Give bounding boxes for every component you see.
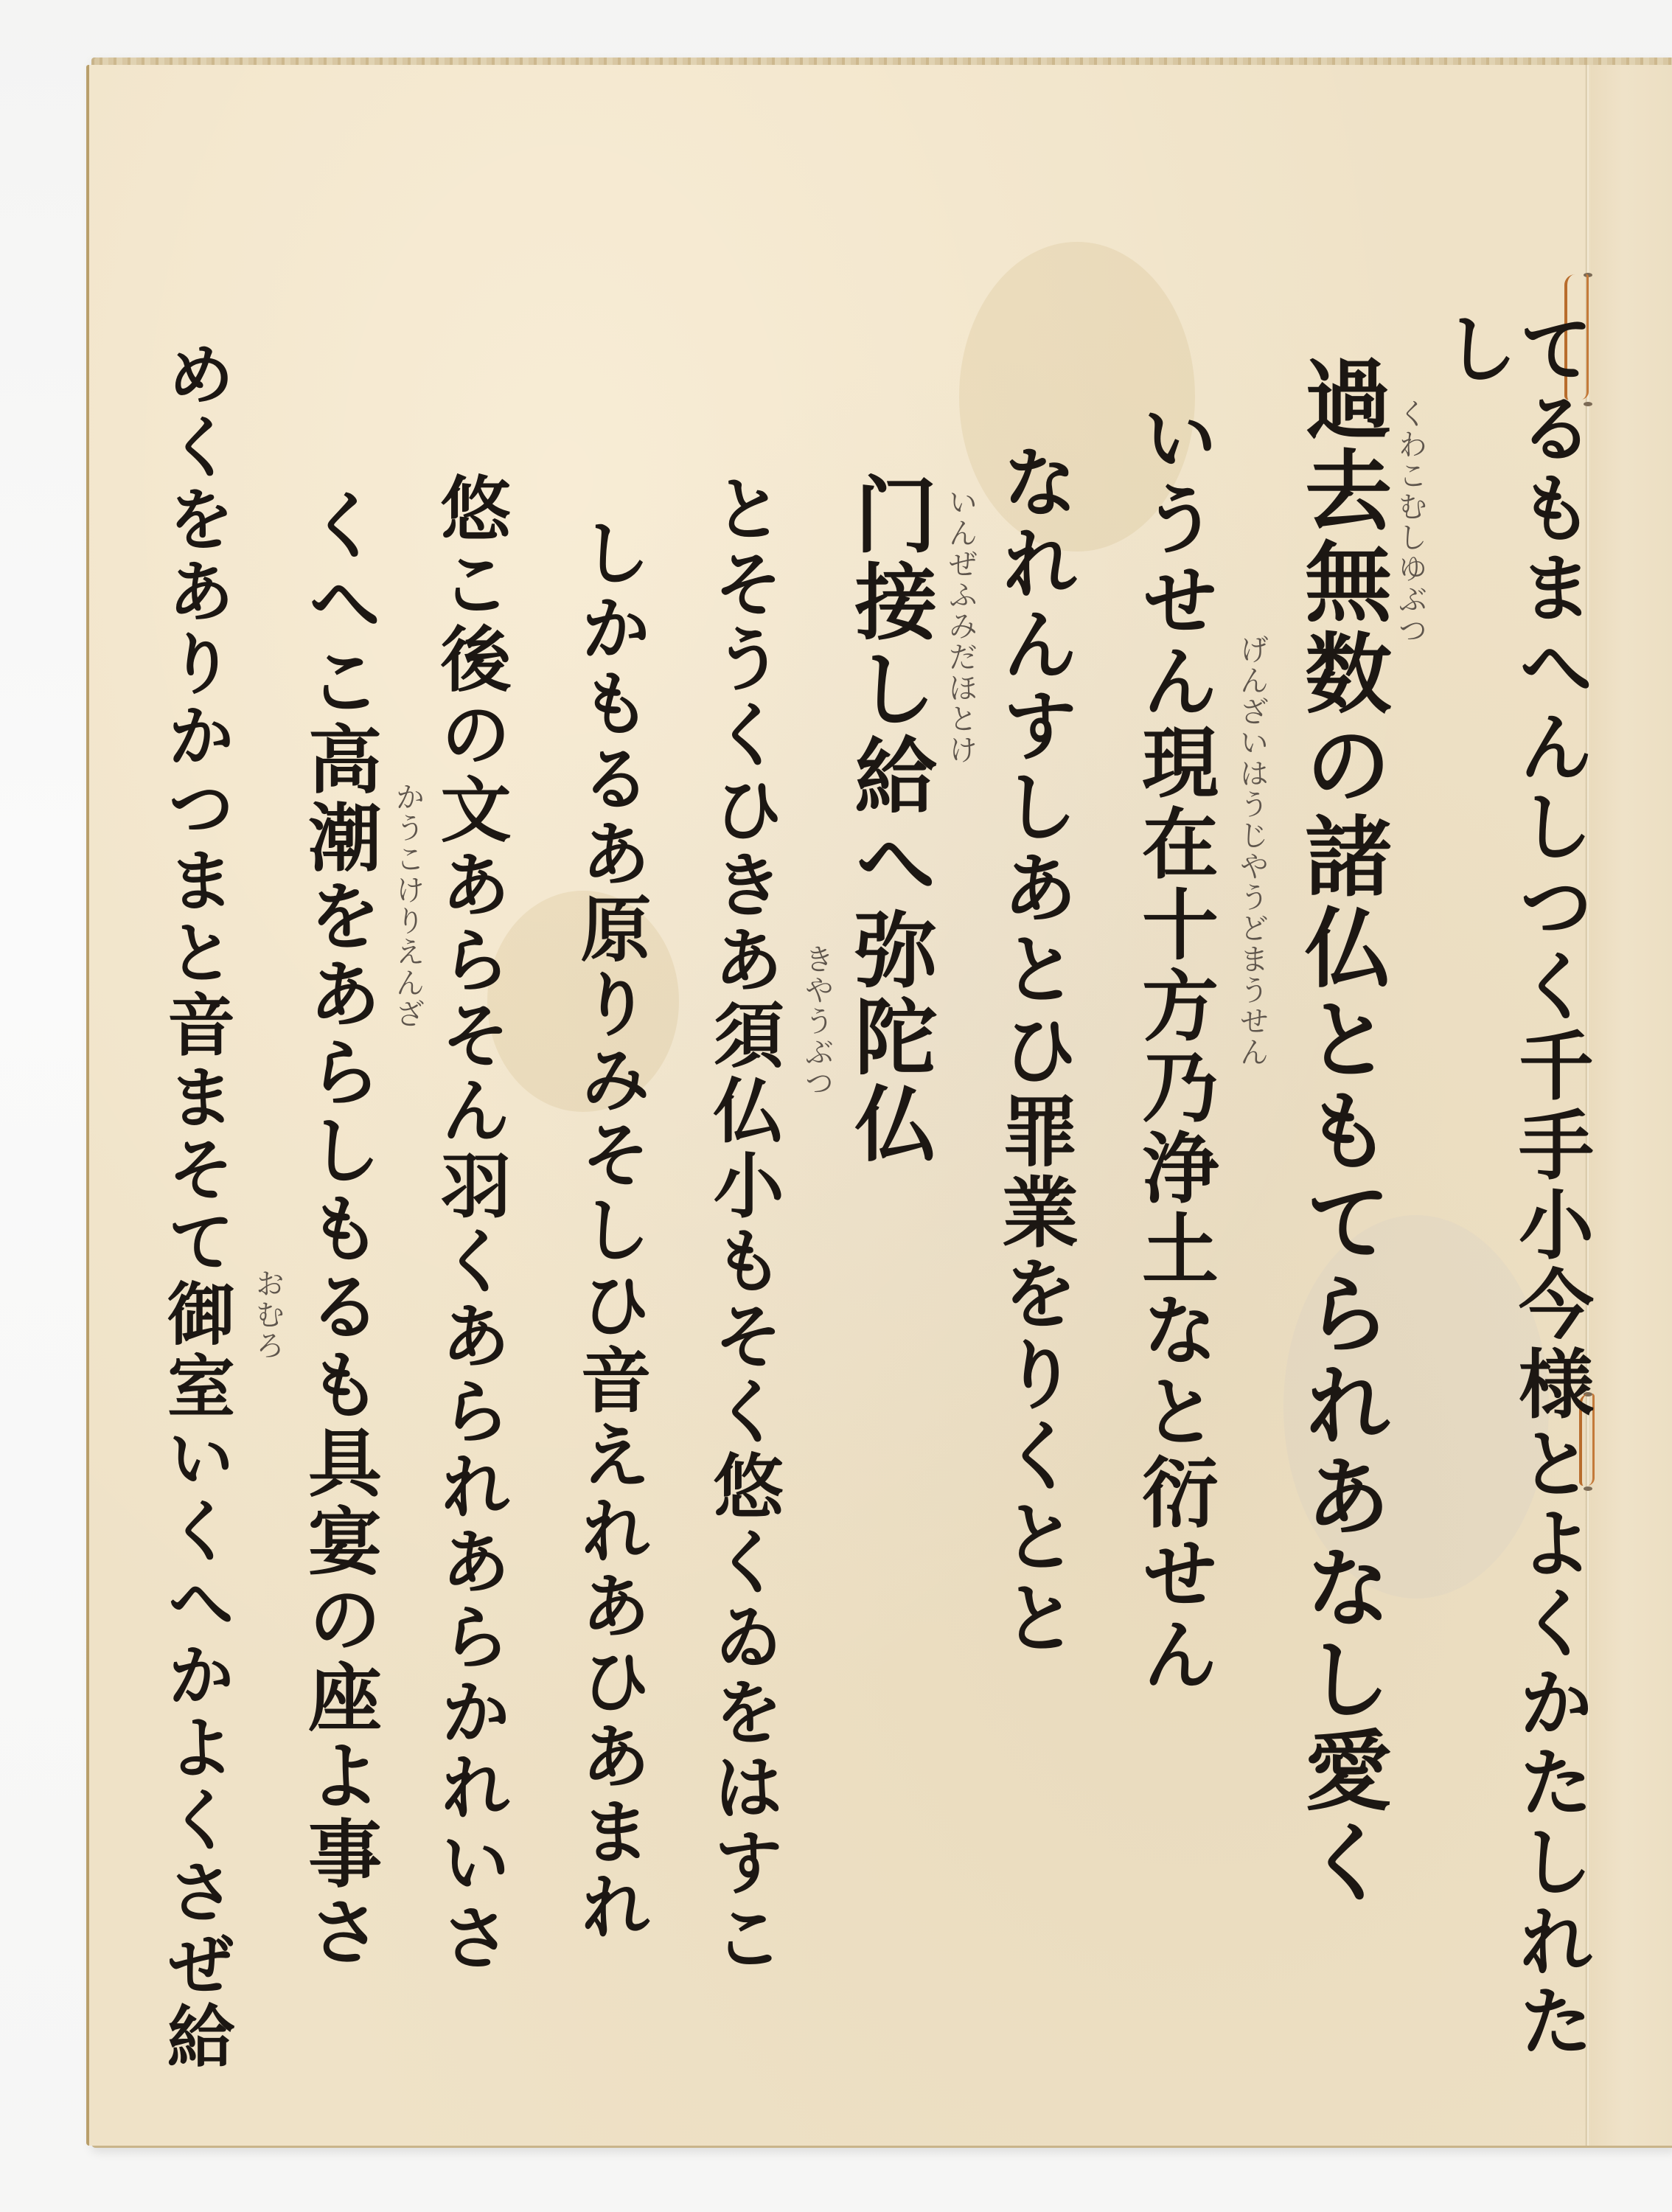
furigana: けり [391,874,425,936]
furigana: まうせん [1235,944,1269,1068]
text-column-5: 门接し給へ弥陀仏 [848,472,930,1168]
furigana: だ [944,641,978,672]
text-column-7: しかもるあ原りみそしひ音えれあひあまれ [575,516,646,1945]
text-column-4: なれんすしあとひ罪業をりくとと [995,442,1072,1659]
furigana: ぶつ [1393,584,1427,646]
furigana: み [944,611,978,641]
furigana: かうこ [391,782,425,874]
furigana: くわ [1393,398,1427,460]
furigana: じやう [1235,820,1269,913]
furigana: げん [1235,634,1269,696]
furigana: むろ [251,1299,285,1361]
manuscript-text: てるもまへんしつく千手小今様とよくかたしれたし 過去無数の諸仏ともてられあなし愛… [221,310,1541,2094]
furigana: えん [391,936,425,998]
furigana: む [1393,491,1427,522]
page-edges-top [94,58,1672,65]
furigana: はう [1235,758,1269,820]
furigana-column-6: きやうぶつ [796,944,838,1099]
furigana-column-5: いんぜふみだほとけ [940,487,982,765]
text-column-3: いうせん現在十方乃浄土なと衍せん [1135,398,1212,1696]
furigana-column-3: げんざいはうじやうどまうせん [1231,634,1273,1068]
furigana: ざい [1235,696,1269,758]
furigana: ぜふ [944,549,978,611]
furigana: きやう [800,944,834,1037]
text-column-2: 過去無数の諸仏ともてられあなし愛く [1297,354,1384,1908]
text-column-10: めくをありかつまと音まそて御室いくへかよくさぜ給 [162,339,230,2073]
furigana-column-10: おむろ [247,1268,289,1361]
furigana: こ [1393,460,1427,491]
furigana: お [251,1268,285,1299]
facing-page-edge [1590,65,1672,2146]
text-column-1: てるもまへんしつく千手小今様とよくかたしれたし [1438,310,1588,2094]
furigana: ど [1235,913,1269,944]
text-column-9: くへこ高潮をあらしもるも具宴の座よ事さ [302,487,376,1972]
furigana: ぶつ [800,1037,834,1099]
furigana: ほとけ [944,672,978,765]
furigana: しゆ [1393,522,1427,584]
furigana: ざ [391,998,425,1029]
furigana-column-2: くわこむしゆぶつ [1390,398,1432,646]
furigana-column-9: かうこけりえんざ [387,782,429,1029]
text-column-8: 悠こ後の文あらそん羽くあられあらかれいさ [435,472,506,1976]
furigana: いん [944,487,978,549]
text-column-6: とそうくひきあ須仏小もそく悠くゐをはすこ [708,472,778,1976]
